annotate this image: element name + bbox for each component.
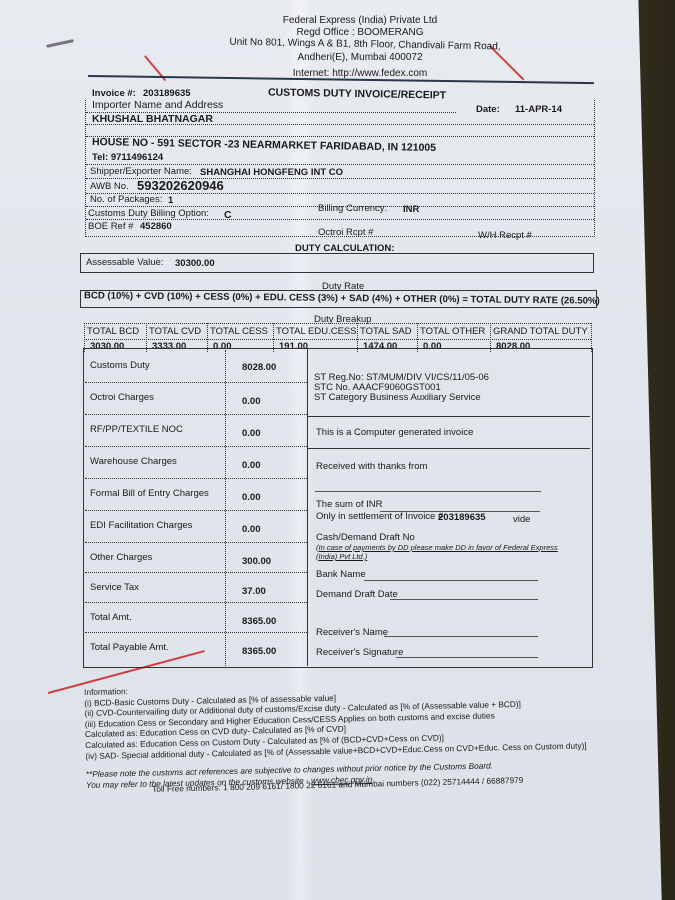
receiver-name-line xyxy=(384,636,538,637)
settlement-label: Only in settlement of Invoice # xyxy=(316,511,443,522)
breakup-header: TOTAL BCD xyxy=(87,326,139,337)
settlement-invoice: 203189635 xyxy=(438,512,486,523)
wh-label: W/H Recpt # xyxy=(478,230,532,241)
divider xyxy=(308,448,590,449)
received-from-label: Received with thanks from xyxy=(316,461,427,472)
billing-option-label: Customs Duty Billing Option: xyxy=(88,208,209,219)
invoice-label: Invoice #: xyxy=(92,88,136,99)
divider xyxy=(85,446,307,447)
charge-label: Formal Bill of Entry Charges xyxy=(90,488,209,499)
dd-date-label: Demand Draft Date xyxy=(316,589,398,600)
charge-value: 0.00 xyxy=(242,524,261,535)
importer-tel: Tel: 9711496124 xyxy=(92,152,163,163)
st-category: ST Category Business Auxiliary Service xyxy=(314,392,481,403)
information-lines: (i) BCD-Basic Customs Duty - Calculated … xyxy=(84,687,586,761)
company-name: Federal Express (India) Private Ltd xyxy=(200,15,520,26)
receiver-signature-label: Receiver's Signature xyxy=(316,647,403,658)
information-section: Information: (i) BCD-Basic Customs Duty … xyxy=(84,677,587,791)
charge-label: Other Charges xyxy=(90,552,152,563)
divider xyxy=(85,414,307,415)
charge-label: Service Tax xyxy=(90,582,139,593)
billing-currency: INR xyxy=(403,204,419,215)
paper-sheet: Federal Express (India) Private Ltd Regd… xyxy=(0,0,665,900)
company-address-2: Andheri(E), Mumbai 400072 xyxy=(200,52,520,63)
charge-value: 300.00 xyxy=(242,556,271,567)
charge-label: Total Payable Amt. xyxy=(90,642,169,653)
breakup-header: GRAND TOTAL DUTY xyxy=(493,326,588,337)
divider xyxy=(86,164,594,165)
dd-date-line xyxy=(390,599,538,600)
shipper-label: Shipper/Exporter Name: xyxy=(90,166,192,177)
breakup-header: TOTAL CVD xyxy=(149,326,201,337)
charge-value: 0.00 xyxy=(242,428,261,439)
breakup-header: TOTAL OTHER xyxy=(420,326,485,337)
divider xyxy=(86,219,594,220)
received-from-line xyxy=(315,491,541,492)
charge-label: Customs Duty xyxy=(90,360,150,371)
assessable-value: 30300.00 xyxy=(175,258,215,269)
octroi-label: Octroi Rcpt # xyxy=(318,227,373,238)
divider xyxy=(84,339,591,340)
charge-value: 0.00 xyxy=(242,396,261,407)
divider xyxy=(307,348,308,666)
awb-number: 593202620946 xyxy=(137,178,224,193)
divider xyxy=(84,323,591,324)
charge-value: 37.00 xyxy=(242,586,266,597)
sum-label: The sum of INR xyxy=(316,499,383,510)
divider xyxy=(86,124,594,125)
divider xyxy=(85,542,307,543)
charge-label: Warehouse Charges xyxy=(90,456,177,467)
divider xyxy=(85,478,307,479)
dd-label: Cash/Demand Draft No xyxy=(316,532,415,543)
staple xyxy=(46,39,74,48)
charge-value: 0.00 xyxy=(242,460,261,471)
breakup-header: TOTAL SAD xyxy=(360,326,412,337)
bank-name-label: Bank Name xyxy=(316,569,366,580)
breakup-header: TOTAL CESS xyxy=(210,326,268,337)
invoice-number: 203189635 xyxy=(143,88,191,99)
divider xyxy=(85,632,307,633)
boe-ref: 452860 xyxy=(140,221,172,232)
assessable-label: Assessable Value: xyxy=(86,257,163,268)
divider xyxy=(85,382,307,383)
computer-generated-note: This is a Computer generated invoice xyxy=(316,427,473,438)
bank-name-line xyxy=(364,580,538,581)
charge-value: 8365.00 xyxy=(242,616,276,627)
importer-label: Importer Name and Address xyxy=(92,99,223,111)
shipper-name: SHANGHAI HONGFENG INT CO xyxy=(200,167,343,178)
divider xyxy=(85,510,307,511)
charge-label: EDI Facilitation Charges xyxy=(90,520,192,531)
divider xyxy=(85,572,307,573)
charge-label: Octroi Charges xyxy=(90,392,154,403)
divider xyxy=(225,350,226,666)
awb-label: AWB No. xyxy=(90,181,129,192)
divider xyxy=(308,416,590,417)
divider xyxy=(85,602,307,603)
receiver-name-label: Receiver's Name xyxy=(316,627,388,638)
dd-note: (In case of payments by DD please make D… xyxy=(316,543,566,561)
packages-label: No. of Packages: xyxy=(90,194,162,205)
receiver-signature-line xyxy=(396,657,538,658)
packages-count: 1 xyxy=(168,195,173,206)
vide-label: vide xyxy=(513,514,530,525)
charge-label: RF/PP/TEXTILE NOC xyxy=(90,424,183,435)
charge-value: 8365.00 xyxy=(242,646,276,657)
breakup-header: TOTAL EDU.CESS xyxy=(276,326,357,337)
charge-value: 0.00 xyxy=(242,492,261,503)
charge-value: 8028.00 xyxy=(242,362,276,373)
boe-label: BOE Ref # xyxy=(88,221,133,232)
billing-currency-label: Billing Currency: xyxy=(318,203,387,214)
company-address-1: Unit No 801, Wings A & B1, 8th Floor, Ch… xyxy=(195,36,535,53)
charge-label: Total Amt. xyxy=(90,612,132,623)
